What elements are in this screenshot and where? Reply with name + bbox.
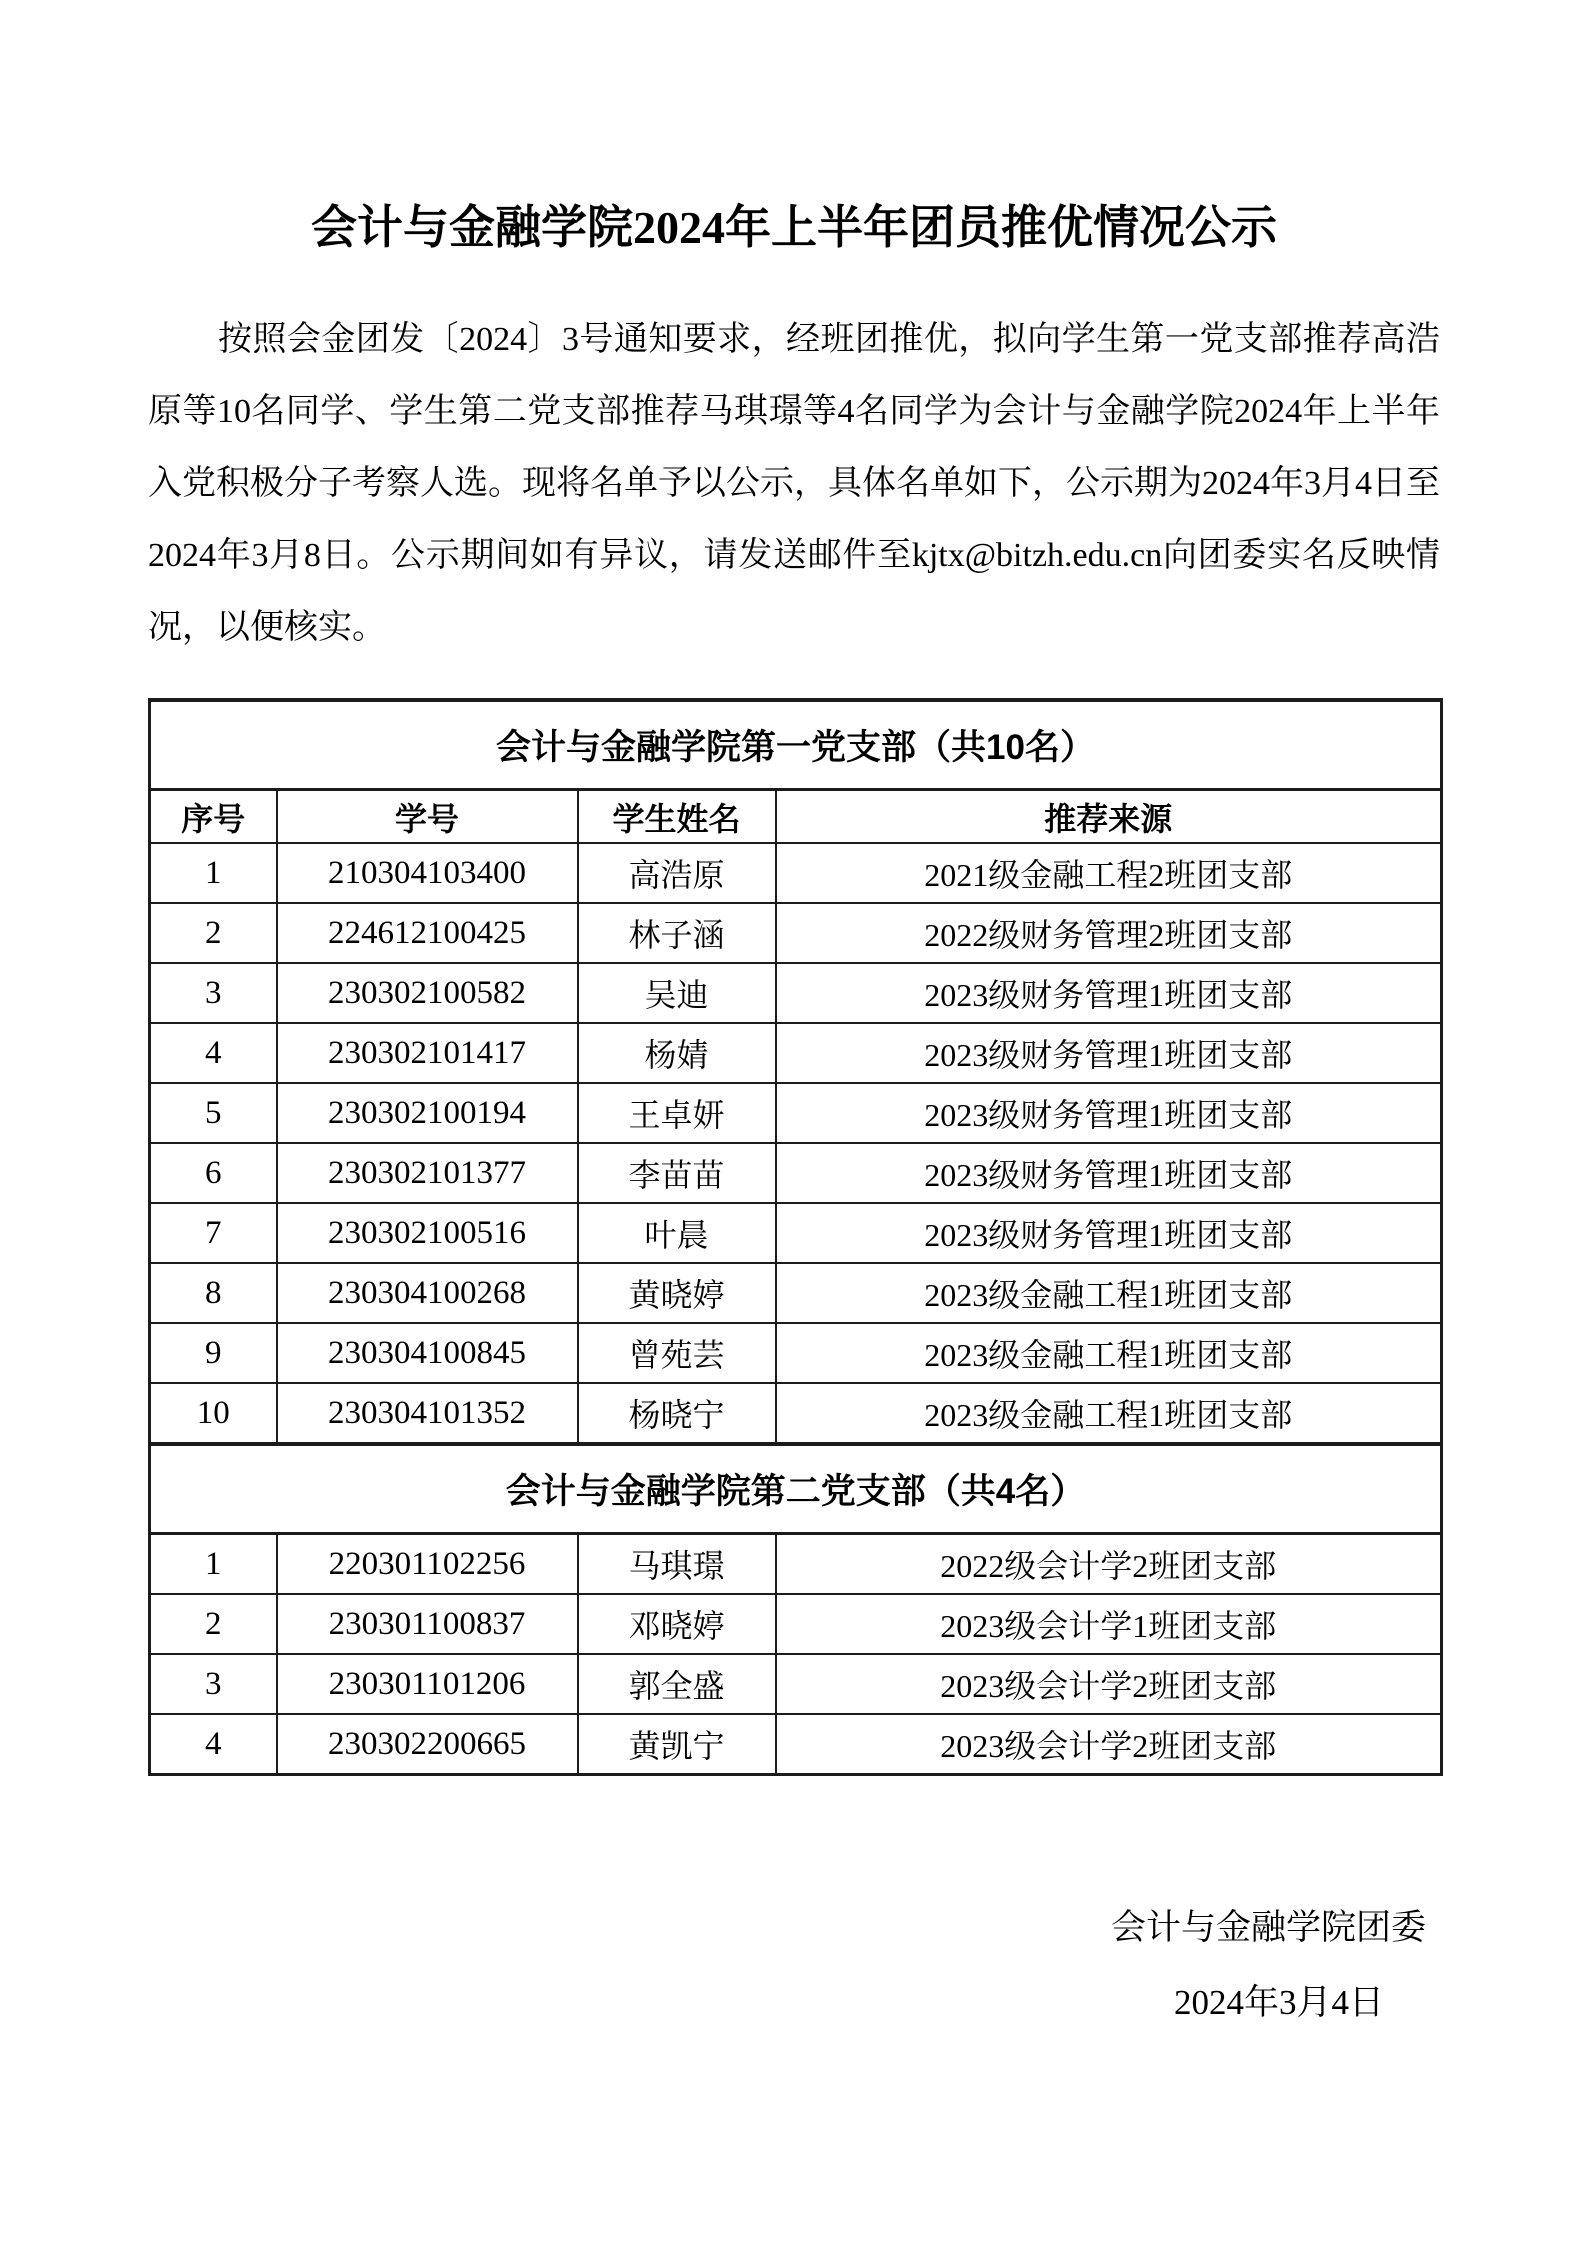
section-1-rows: 1210304103400高浩原2021级金融工程2班团支部2224612100… — [150, 843, 1442, 1444]
cell-no: 3 — [150, 1654, 277, 1714]
section-1-title: 会计与金融学院第一党支部（共10名） — [150, 700, 1442, 790]
cell-name: 王卓妍 — [578, 1083, 776, 1143]
cell-name: 郭全盛 — [578, 1654, 776, 1714]
cell-name: 马琪璟 — [578, 1534, 776, 1595]
table-row: 5230302100194王卓妍2023级财务管理1班团支部 — [150, 1083, 1442, 1143]
column-header-source: 推荐来源 — [776, 790, 1442, 844]
document-page: 会计与金融学院2024年上半年团员推优情况公示 按照会金团发〔2024〕3号通知… — [0, 0, 1588, 2245]
cell-source: 2023级金融工程1班团支部 — [776, 1323, 1442, 1383]
signature-date: 2024年3月4日 — [148, 1965, 1440, 2040]
body-paragraph: 按照会金团发〔2024〕3号通知要求，经班团推优，拟向学生第一党支部推荐高浩原等… — [148, 304, 1440, 664]
cell-student-id: 230302101417 — [277, 1023, 578, 1083]
cell-name: 吴迪 — [578, 963, 776, 1023]
cell-no: 6 — [150, 1143, 277, 1203]
signature-org: 会计与金融学院团委 — [148, 1890, 1440, 1965]
cell-student-id: 230302200665 — [277, 1714, 578, 1775]
document-content: 会计与金融学院2024年上半年团员推优情况公示 按照会金团发〔2024〕3号通知… — [148, 0, 1440, 2040]
cell-name: 黄凯宁 — [578, 1714, 776, 1775]
table-row: 2230301100837邓晓婷2023级会计学1班团支部 — [150, 1594, 1442, 1654]
table-row: 1220301102256马琪璟2022级会计学2班团支部 — [150, 1534, 1442, 1595]
cell-name: 林子涵 — [578, 903, 776, 963]
table-row: 10230304101352杨晓宁2023级金融工程1班团支部 — [150, 1383, 1442, 1444]
column-header-student-name: 学生姓名 — [578, 790, 776, 844]
cell-name: 高浩原 — [578, 843, 776, 903]
table-row: 2224612100425林子涵2022级财务管理2班团支部 — [150, 903, 1442, 963]
cell-student-id: 230304101352 — [277, 1383, 578, 1444]
cell-name: 曾苑芸 — [578, 1323, 776, 1383]
table-row: 3230301101206郭全盛2023级会计学2班团支部 — [150, 1654, 1442, 1714]
section-1-title-row: 会计与金融学院第一党支部（共10名） — [150, 700, 1442, 790]
cell-name: 李苗苗 — [578, 1143, 776, 1203]
column-header-row: 序号 学号 学生姓名 推荐来源 — [150, 790, 1442, 844]
cell-no: 4 — [150, 1023, 277, 1083]
cell-student-id: 230301100837 — [277, 1594, 578, 1654]
cell-source: 2023级金融工程1班团支部 — [776, 1383, 1442, 1444]
column-header-student-id: 学号 — [277, 790, 578, 844]
section-2-title-row: 会计与金融学院第二党支部（共4名） — [150, 1444, 1442, 1534]
cell-source: 2021级金融工程2班团支部 — [776, 843, 1442, 903]
cell-no: 1 — [150, 843, 277, 903]
table-row: 3230302100582吴迪2023级财务管理1班团支部 — [150, 963, 1442, 1023]
section-2-rows: 1220301102256马琪璟2022级会计学2班团支部22303011008… — [150, 1534, 1442, 1775]
cell-no: 7 — [150, 1203, 277, 1263]
cell-name: 杨婧 — [578, 1023, 776, 1083]
cell-source: 2023级会计学2班团支部 — [776, 1654, 1442, 1714]
cell-student-id: 220301102256 — [277, 1534, 578, 1595]
cell-no: 5 — [150, 1083, 277, 1143]
cell-no: 3 — [150, 963, 277, 1023]
cell-source: 2023级会计学1班团支部 — [776, 1594, 1442, 1654]
recommendation-table: 会计与金融学院第一党支部（共10名） 序号 学号 学生姓名 推荐来源 12103… — [148, 698, 1443, 1776]
cell-source: 2023级会计学2班团支部 — [776, 1714, 1442, 1775]
page-title: 会计与金融学院2024年上半年团员推优情况公示 — [148, 0, 1440, 260]
cell-source: 2023级金融工程1班团支部 — [776, 1263, 1442, 1323]
cell-student-id: 230302100516 — [277, 1203, 578, 1263]
cell-no: 10 — [150, 1383, 277, 1444]
table-row: 6230302101377李苗苗2023级财务管理1班团支部 — [150, 1143, 1442, 1203]
cell-student-id: 210304103400 — [277, 843, 578, 903]
column-header-no: 序号 — [150, 790, 277, 844]
cell-student-id: 224612100425 — [277, 903, 578, 963]
cell-no: 8 — [150, 1263, 277, 1323]
table-row: 4230302200665黄凯宁2023级会计学2班团支部 — [150, 1714, 1442, 1775]
table-row: 4230302101417杨婧2023级财务管理1班团支部 — [150, 1023, 1442, 1083]
table-row: 1210304103400高浩原2021级金融工程2班团支部 — [150, 843, 1442, 903]
cell-source: 2022级财务管理2班团支部 — [776, 903, 1442, 963]
cell-no: 9 — [150, 1323, 277, 1383]
table-row: 7230302100516叶晨2023级财务管理1班团支部 — [150, 1203, 1442, 1263]
cell-name: 杨晓宁 — [578, 1383, 776, 1444]
cell-source: 2023级财务管理1班团支部 — [776, 1023, 1442, 1083]
table-row: 9230304100845曾苑芸2023级金融工程1班团支部 — [150, 1323, 1442, 1383]
cell-no: 1 — [150, 1534, 277, 1595]
cell-student-id: 230302101377 — [277, 1143, 578, 1203]
cell-student-id: 230301101206 — [277, 1654, 578, 1714]
cell-name: 叶晨 — [578, 1203, 776, 1263]
cell-student-id: 230304100845 — [277, 1323, 578, 1383]
cell-name: 黄晓婷 — [578, 1263, 776, 1323]
cell-source: 2023级财务管理1班团支部 — [776, 1143, 1442, 1203]
signature-block: 会计与金融学院团委 2024年3月4日 — [148, 1890, 1440, 2040]
table-row: 8230304100268黄晓婷2023级金融工程1班团支部 — [150, 1263, 1442, 1323]
section-2-header-group: 会计与金融学院第二党支部（共4名） — [150, 1444, 1442, 1534]
cell-no: 4 — [150, 1714, 277, 1775]
cell-student-id: 230302100194 — [277, 1083, 578, 1143]
section-2-title: 会计与金融学院第二党支部（共4名） — [150, 1444, 1442, 1534]
cell-no: 2 — [150, 903, 277, 963]
cell-source: 2022级会计学2班团支部 — [776, 1534, 1442, 1595]
cell-source: 2023级财务管理1班团支部 — [776, 963, 1442, 1023]
cell-student-id: 230304100268 — [277, 1263, 578, 1323]
cell-student-id: 230302100582 — [277, 963, 578, 1023]
cell-source: 2023级财务管理1班团支部 — [776, 1203, 1442, 1263]
cell-name: 邓晓婷 — [578, 1594, 776, 1654]
section-1-header-group: 会计与金融学院第一党支部（共10名） 序号 学号 学生姓名 推荐来源 — [150, 700, 1442, 843]
cell-no: 2 — [150, 1594, 277, 1654]
cell-source: 2023级财务管理1班团支部 — [776, 1083, 1442, 1143]
